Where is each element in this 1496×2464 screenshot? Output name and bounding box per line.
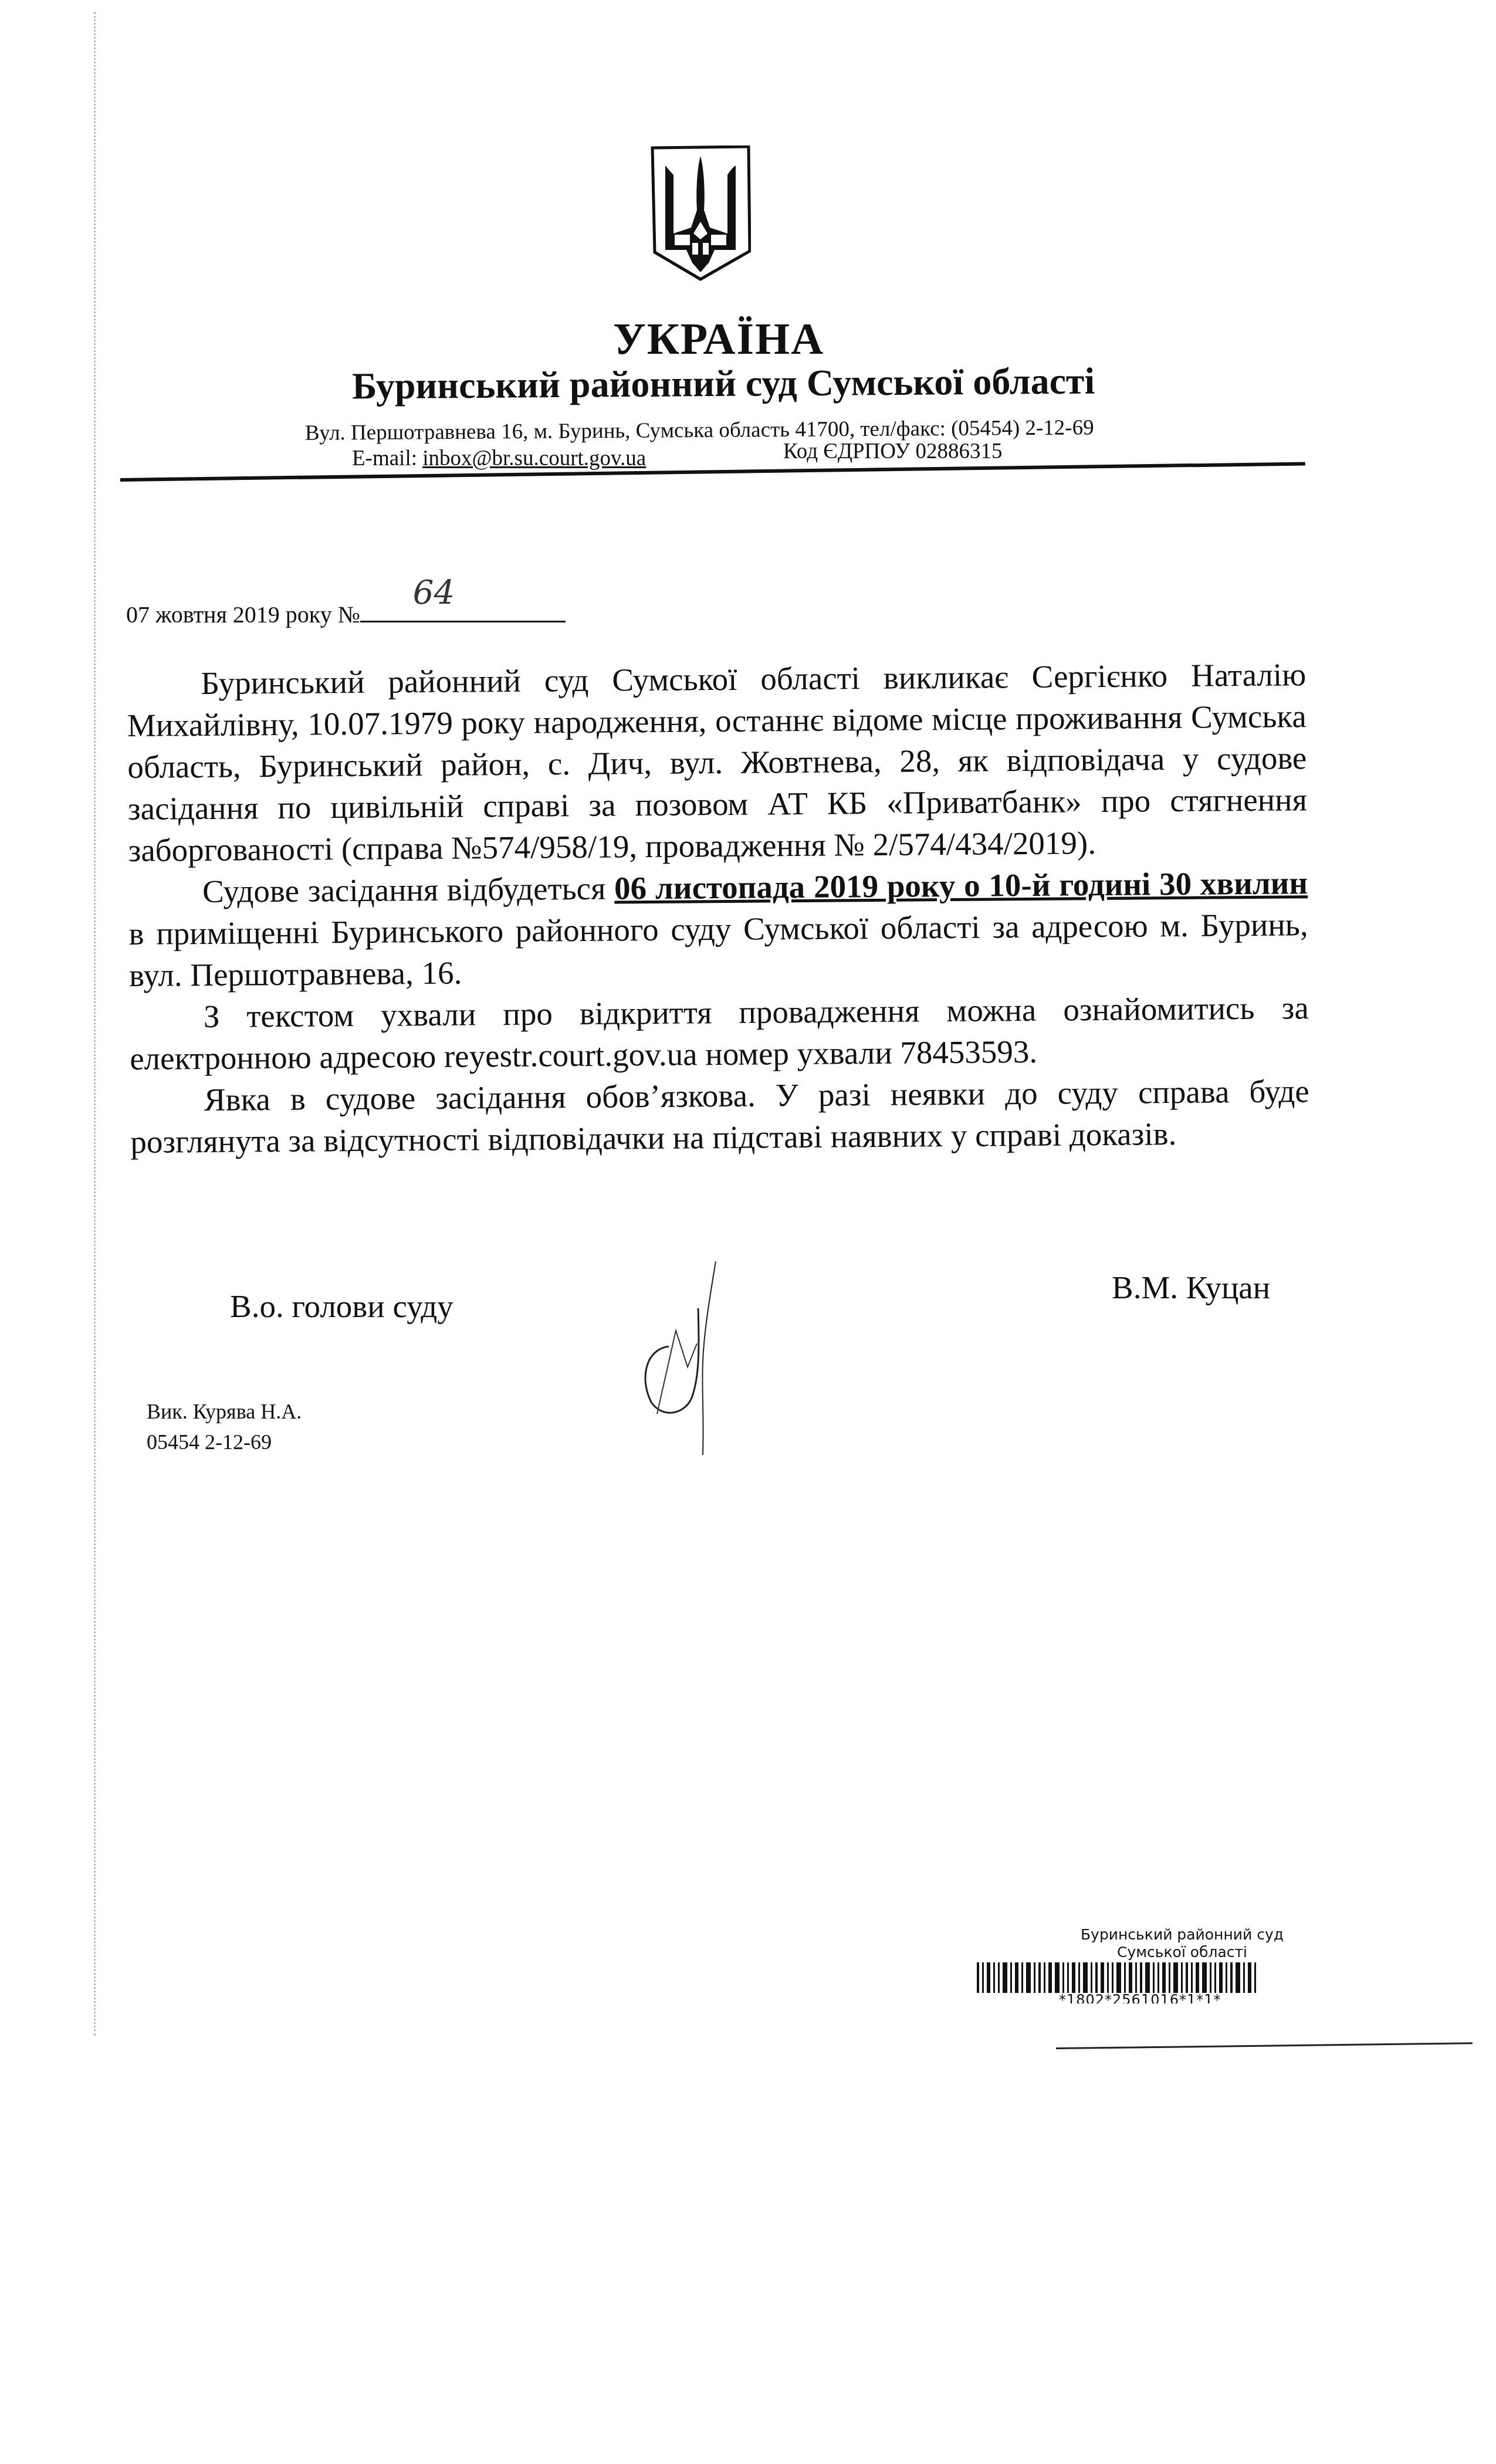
registration-stamp: Буринський районний суд Сумської області… xyxy=(977,1926,1446,2003)
paragraph-ruling-link: З текстом ухвали про відкриття проваджен… xyxy=(129,987,1309,1079)
handwritten-number: 64 xyxy=(413,574,455,612)
stamp-court-line1: Буринський районний суд xyxy=(1006,1926,1358,1944)
email-link[interactable]: inbox@br.su.court.gov.ua xyxy=(422,446,646,471)
executor-block: Вик. Курява Н.А. 05454 2-12-69 xyxy=(147,1396,302,1457)
paragraph-attendance: Явка в судове засідання обов’язкова. У р… xyxy=(130,1070,1310,1163)
tryzub-coat-of-arms-icon xyxy=(650,145,751,282)
reference-number-field: 64 xyxy=(360,600,566,622)
barcode-icon xyxy=(977,1962,1446,1993)
reference-line: 07 жовтня 2019 року №64 xyxy=(126,600,566,628)
email-row: E-mail: inbox@br.su.court.gov.ua xyxy=(352,446,646,471)
signatory-title: В.о. голови суду xyxy=(230,1288,453,1325)
reference-date: 07 жовтня 2019 року № xyxy=(126,601,360,628)
edrpou-code: Код ЄДРПОУ 02886315 xyxy=(783,439,1002,464)
executor-phone: 05454 2-12-69 xyxy=(147,1427,302,1457)
paragraph-summons: Буринський районний суд Сумської області… xyxy=(127,654,1308,871)
paragraph-hearing-date: Судове засідання відбудеться 06 листопад… xyxy=(128,862,1309,996)
hearing-datetime: 06 листопада 2019 року о 10-й годині 30 … xyxy=(614,865,1308,906)
stamp-underline xyxy=(1056,2042,1473,2049)
court-name: Буринський районний суд Сумської області xyxy=(352,360,1095,408)
stamp-court-line2: Сумської області xyxy=(1006,1944,1358,1961)
signatory-name: В.М. Куцан xyxy=(1112,1269,1270,1306)
header-divider xyxy=(120,462,1305,482)
letter-body: Буринський районний суд Сумської області… xyxy=(127,654,1310,1163)
handwritten-signature-icon xyxy=(634,1261,727,1455)
barcode-number: *1802*2561016*1*1* xyxy=(1059,1992,1446,2003)
email-label: E-mail: xyxy=(352,446,422,471)
country-title: УКРАЇНА xyxy=(0,314,1437,365)
executor-name: Вик. Курява Н.А. xyxy=(147,1396,302,1427)
